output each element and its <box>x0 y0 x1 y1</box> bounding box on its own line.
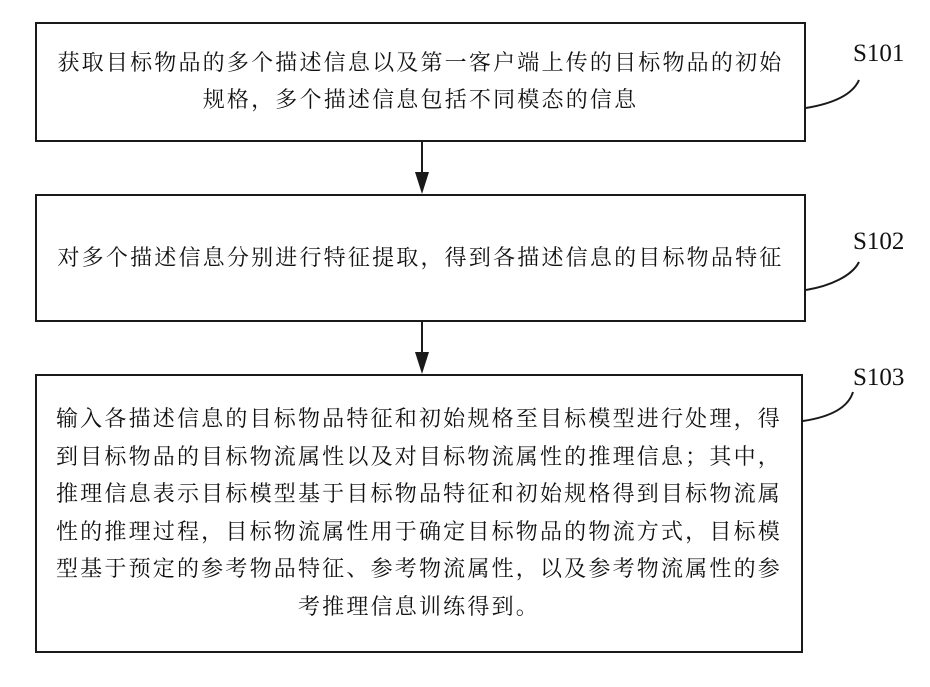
leader-line-s103-icon <box>803 392 853 421</box>
step-text-s101: 获取目标物品的多个描述信息以及第一客户端上传的目标物品的初始规格，多个描述信息包… <box>43 45 799 119</box>
step-text-s102: 对多个描述信息分别进行特征提取，得到各描述信息的目标物品特征 <box>43 240 799 277</box>
step-label-s102: S102 <box>853 228 904 256</box>
step-label-s103: S103 <box>853 364 904 392</box>
arrow-s102-to-s103-icon <box>415 322 429 374</box>
arrow-s101-to-s102-icon <box>415 142 429 194</box>
step-text-s103: 输入各描述信息的目标物品特征和初始规格至目标模型进行处理，得到目标物品的目标物流… <box>41 401 797 626</box>
step-box-s103: 输入各描述信息的目标物品特征和初始规格至目标模型进行处理，得到目标物品的目标物流… <box>35 374 803 653</box>
step-box-s102: 对多个描述信息分别进行特征提取，得到各描述信息的目标物品特征 <box>35 194 806 322</box>
step-box-s101: 获取目标物品的多个描述信息以及第一客户端上传的目标物品的初始规格，多个描述信息包… <box>35 22 806 142</box>
leader-line-s101-icon <box>806 80 859 108</box>
leader-line-s102-icon <box>806 262 859 290</box>
step-label-s101: S101 <box>853 40 904 68</box>
